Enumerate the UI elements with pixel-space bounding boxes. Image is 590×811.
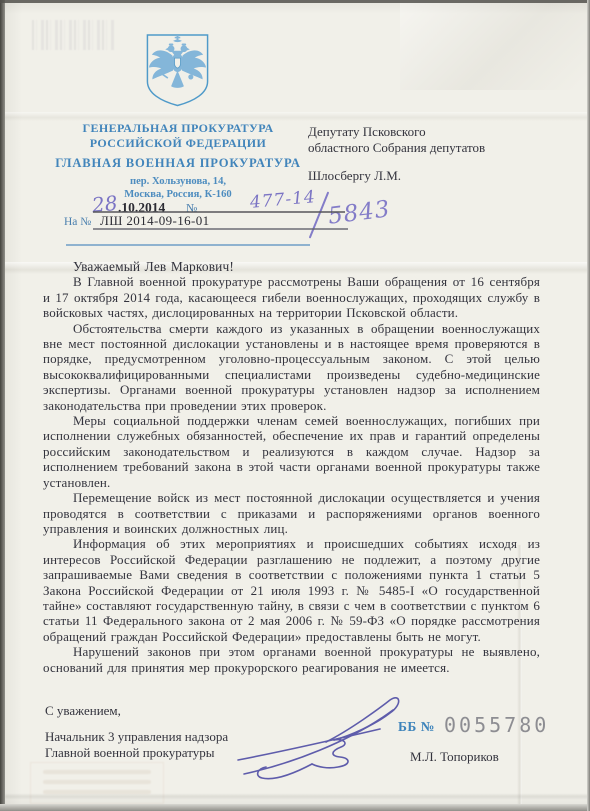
letter-body: Уважаемый Лев Маркович! В Главной военно… <box>43 259 540 675</box>
org-address-line1: пер. Хользунова, 14, <box>52 176 304 187</box>
paragraph: Обстоятельства смерти каждого из указанн… <box>43 321 540 413</box>
reference-underline <box>93 228 348 230</box>
handwritten-outgoing-number: 477-14 <box>249 187 316 213</box>
blank-number: 0055780 <box>444 713 549 737</box>
recipient-line1: Депутату Псковского <box>308 124 538 140</box>
salutation: Уважаемый Лев Маркович! <box>43 259 540 274</box>
paragraph: Информация об этих мероприятиях и происш… <box>43 536 540 644</box>
paper-crease <box>5 112 590 121</box>
paragraph: В Главной военной прокуратуре рассмотрен… <box>43 274 540 320</box>
reference-number: ЛШ 2014-09-16-01 <box>100 213 210 229</box>
reference-label: На № <box>64 216 91 228</box>
signer-title-line2: Главной военной прокуратуры <box>45 745 228 761</box>
letterhead-rule <box>66 244 310 246</box>
signer-title: Начальник 3 управления надзора Главной в… <box>45 729 228 760</box>
paper-wrinkle <box>400 0 590 90</box>
paragraph: Перемещение войск из мест постоянной дис… <box>43 490 540 536</box>
bleed-through-line <box>43 770 151 774</box>
faint-barcode <box>32 20 114 50</box>
signer-name: М.Л. Топориков <box>410 749 499 765</box>
closing-line: С уважением, <box>45 703 121 719</box>
paragraph: Меры социальной поддержки членам семей в… <box>43 413 540 490</box>
org-name-line3: ГЛАВНАЯ ВОЕННАЯ ПРОКУРАТУРА <box>52 156 304 171</box>
recipient-block: Депутату Псковского областного Собрания … <box>308 124 538 184</box>
coat-of-arms-icon <box>142 29 213 110</box>
scan-edge-bottom <box>0 804 590 811</box>
recipient-line2: областного Собрания депутатов <box>308 140 538 156</box>
scan-edge-top <box>0 0 590 3</box>
recipient-name: Шлосбергу Л.М. <box>308 168 538 184</box>
handwritten-outgoing-number-2: 5843 <box>327 196 392 229</box>
scan-edge-left <box>0 0 5 811</box>
blank-series-label: ББ № <box>398 719 435 735</box>
org-name-line2: РОССИЙСКОЙ ФЕДЕРАЦИИ <box>52 136 304 151</box>
signature-scrawl <box>230 680 410 790</box>
scanned-letter-page: ГЕНЕРАЛЬНАЯ ПРОКУРАТУРА РОССИЙСКОЙ ФЕДЕР… <box>0 0 590 811</box>
paragraph: Нарушений законов при этом органами воен… <box>43 644 540 675</box>
scan-bottom-shadow <box>5 795 590 798</box>
signer-title-line1: Начальник 3 управления надзора <box>45 729 228 745</box>
bleed-through-line <box>43 780 151 784</box>
bleed-through-line <box>43 790 151 794</box>
org-name-line1: ГЕНЕРАЛЬНАЯ ПРОКУРАТУРА <box>52 121 304 136</box>
